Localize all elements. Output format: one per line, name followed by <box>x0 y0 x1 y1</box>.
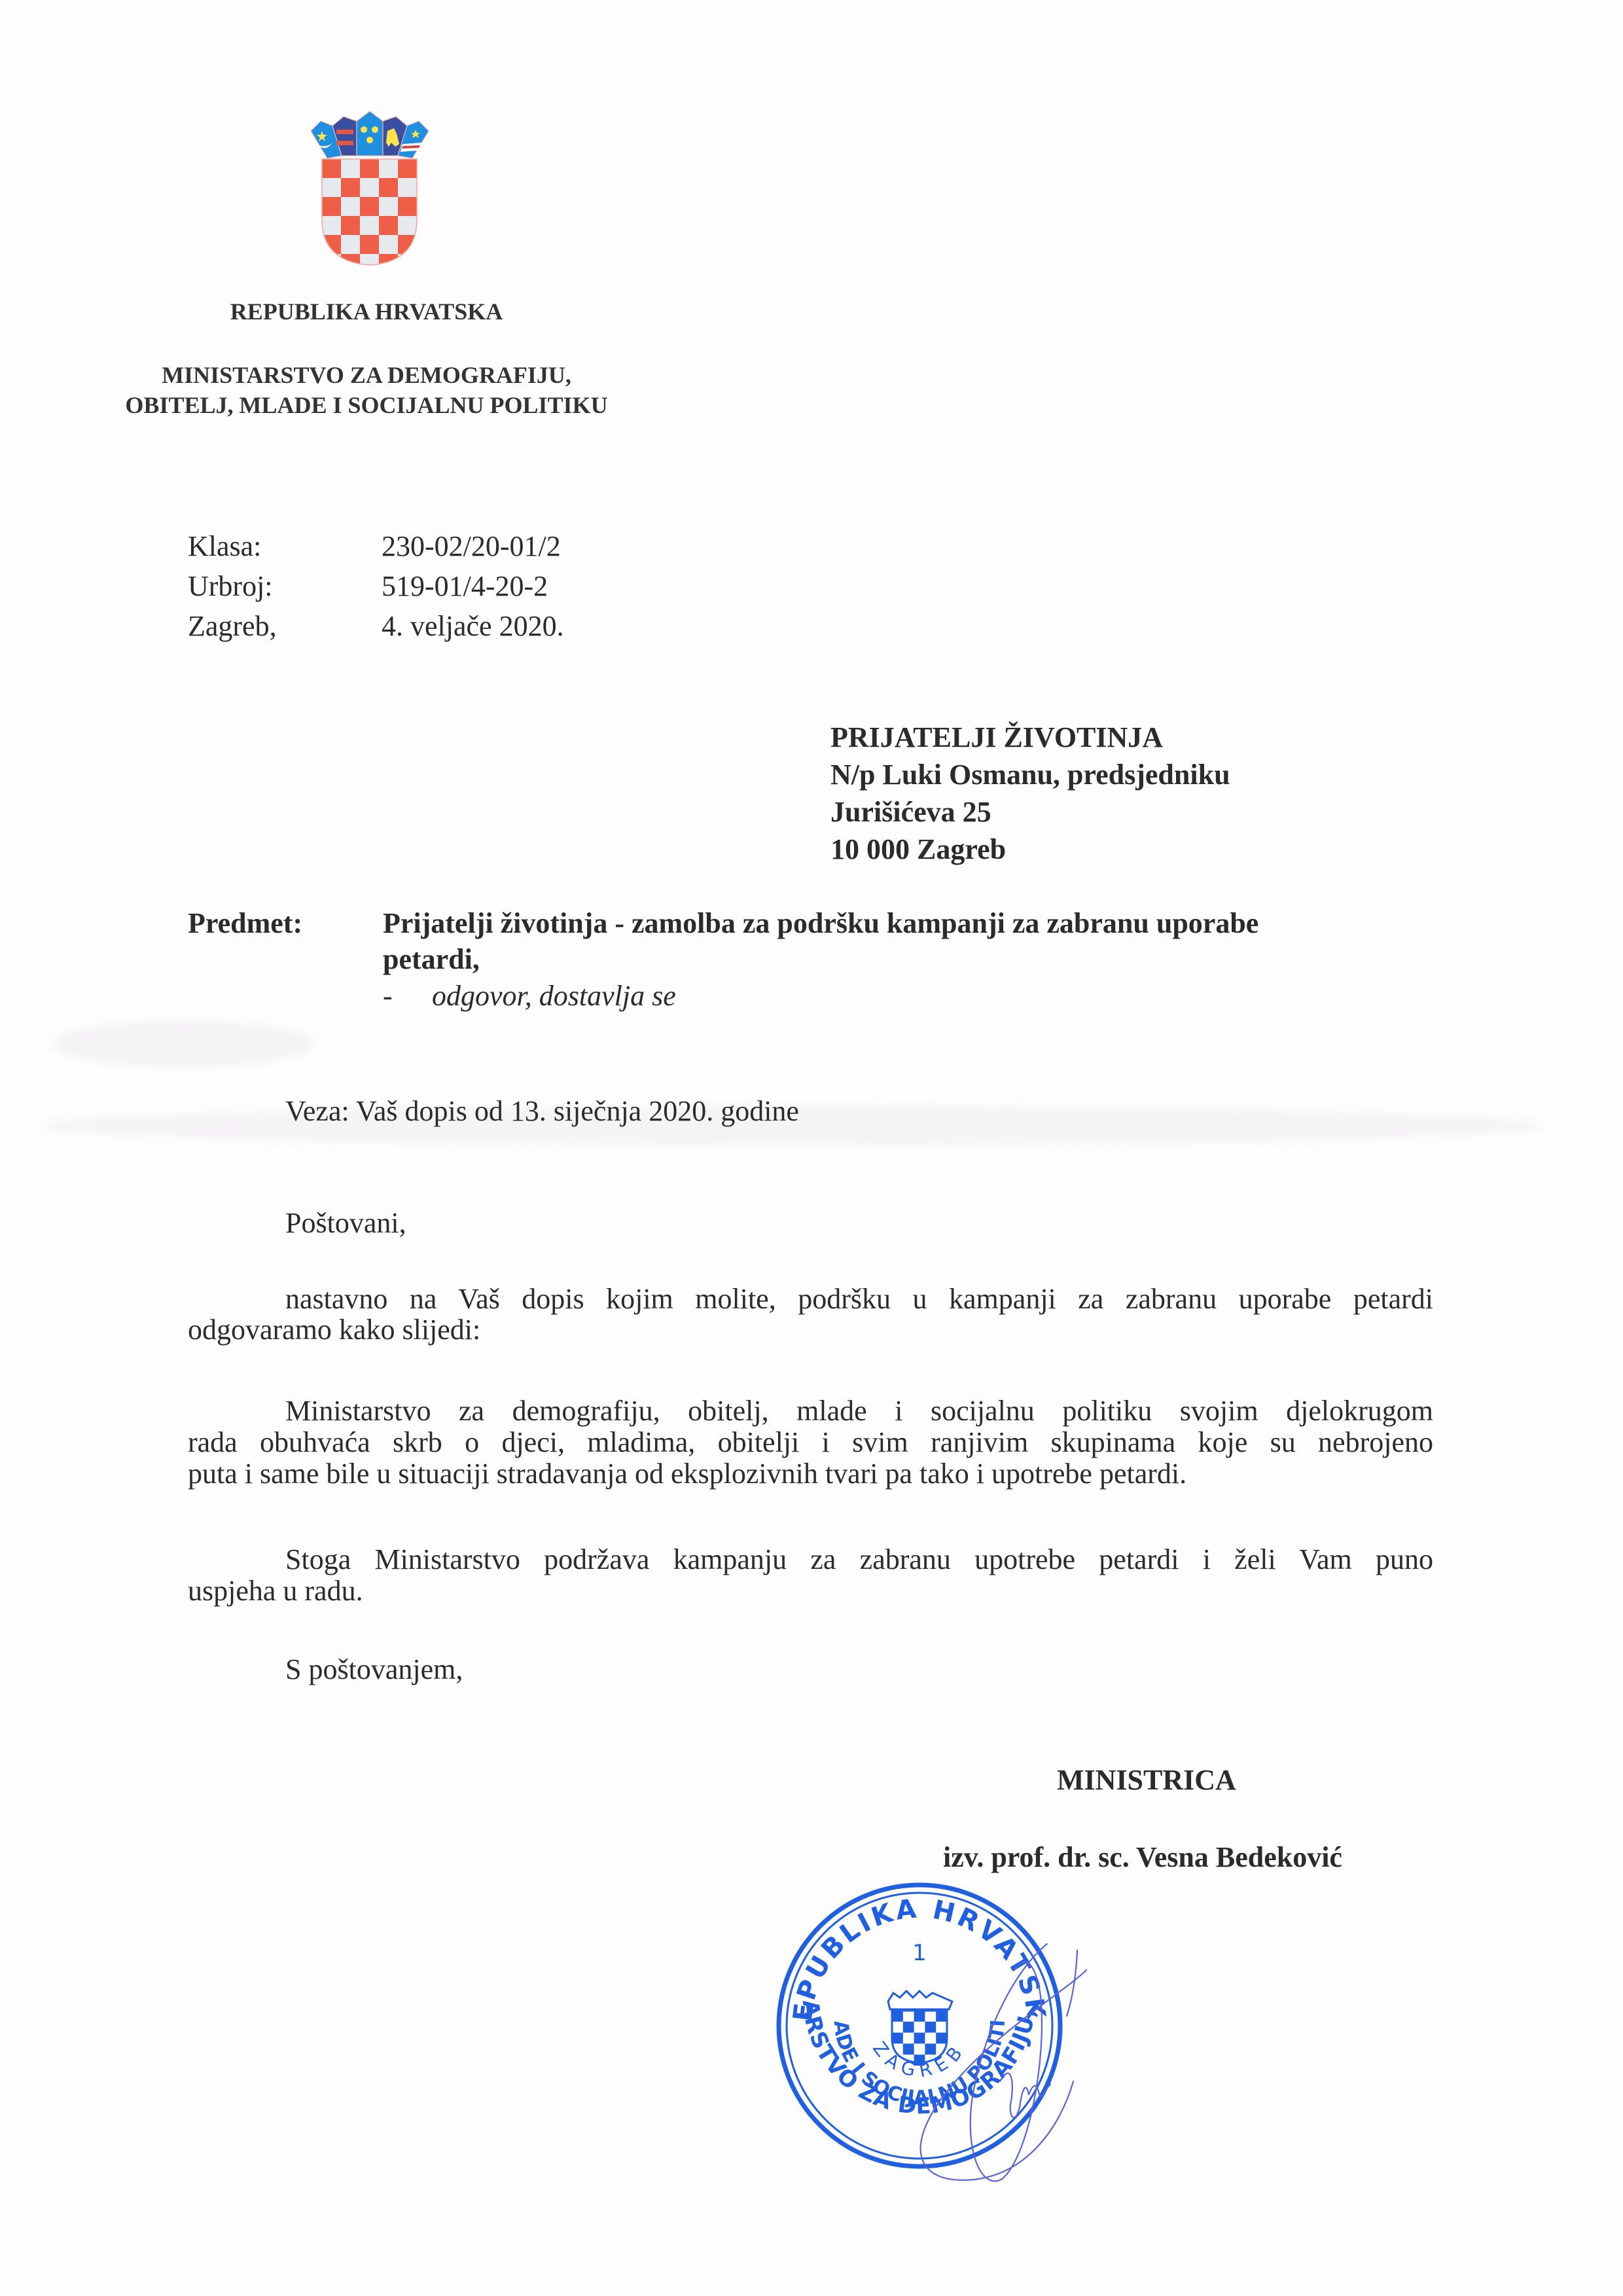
subject-line1: Prijatelji životinja - zamolba za podršk… <box>383 909 1433 938</box>
klasa-label: Klasa: <box>188 532 261 561</box>
body-p3-line2: uspjeha u radu. <box>188 1577 363 1605</box>
recipient-attention: N/p Luki Osmanu, predsjedniku <box>830 761 1230 789</box>
reference-line: Veza: Vaš dopis od 13. siječnja 2020. go… <box>285 1097 799 1126</box>
body-p2-line1: Ministarstvo za demografiju, obitelj, ml… <box>285 1397 1433 1426</box>
subject-dash: - <box>383 982 393 1011</box>
subject-note: odgovor, dostavlja se <box>432 982 676 1011</box>
recipient-city: 10 000 Zagreb <box>830 835 1006 864</box>
closing: S poštovanjem, <box>285 1655 463 1684</box>
place-label: Zagreb, <box>188 612 277 641</box>
body-p2-line2: rada obuhvaća skrb o djeci, mladima, obi… <box>188 1428 1433 1457</box>
subject-label: Predmet: <box>188 909 302 938</box>
salutation: Poštovani, <box>285 1209 406 1238</box>
urbroj-label: Urbroj: <box>188 572 273 601</box>
body-p1-line2: odgovaramo kako slijedi: <box>188 1316 480 1344</box>
scan-smudge <box>52 1021 314 1067</box>
body-p3-line1: Stoga Ministarstvo podržava kampanju za … <box>285 1545 1433 1574</box>
signatory-name: izv. prof. dr. sc. Vesna Bedeković <box>943 1843 1342 1872</box>
klasa-value: 230-02/20-01/2 <box>382 532 561 561</box>
country-name: REPUBLIKA HRVATSKA <box>72 300 661 323</box>
ministry-name-line1: MINISTARSTVO ZA DEMOGRAFIJU, <box>72 363 661 387</box>
signatory-title: MINISTRICA <box>1057 1766 1236 1795</box>
date-value: 4. veljače 2020. <box>382 612 564 641</box>
recipient-street: Jurišićeva 25 <box>830 798 991 827</box>
body-p1-line1: nastavno na Vaš dopis kojim molite, podr… <box>285 1285 1433 1314</box>
urbroj-value: 519-01/4-20-2 <box>382 572 548 601</box>
croatian-coat-of-arms-icon <box>308 105 432 272</box>
subject-line2: petardi, <box>383 945 480 974</box>
recipient-org: PRIJATELJI ŽIVOTINJA <box>830 723 1163 752</box>
handwritten-signature-icon <box>851 1931 1191 2206</box>
ministry-name-line2: OBITELJ, MLADE I SOCIJALNU POLITIKU <box>72 393 661 417</box>
body-p2-line3: puta i same bile u situaciji stradavanja… <box>188 1460 1186 1488</box>
